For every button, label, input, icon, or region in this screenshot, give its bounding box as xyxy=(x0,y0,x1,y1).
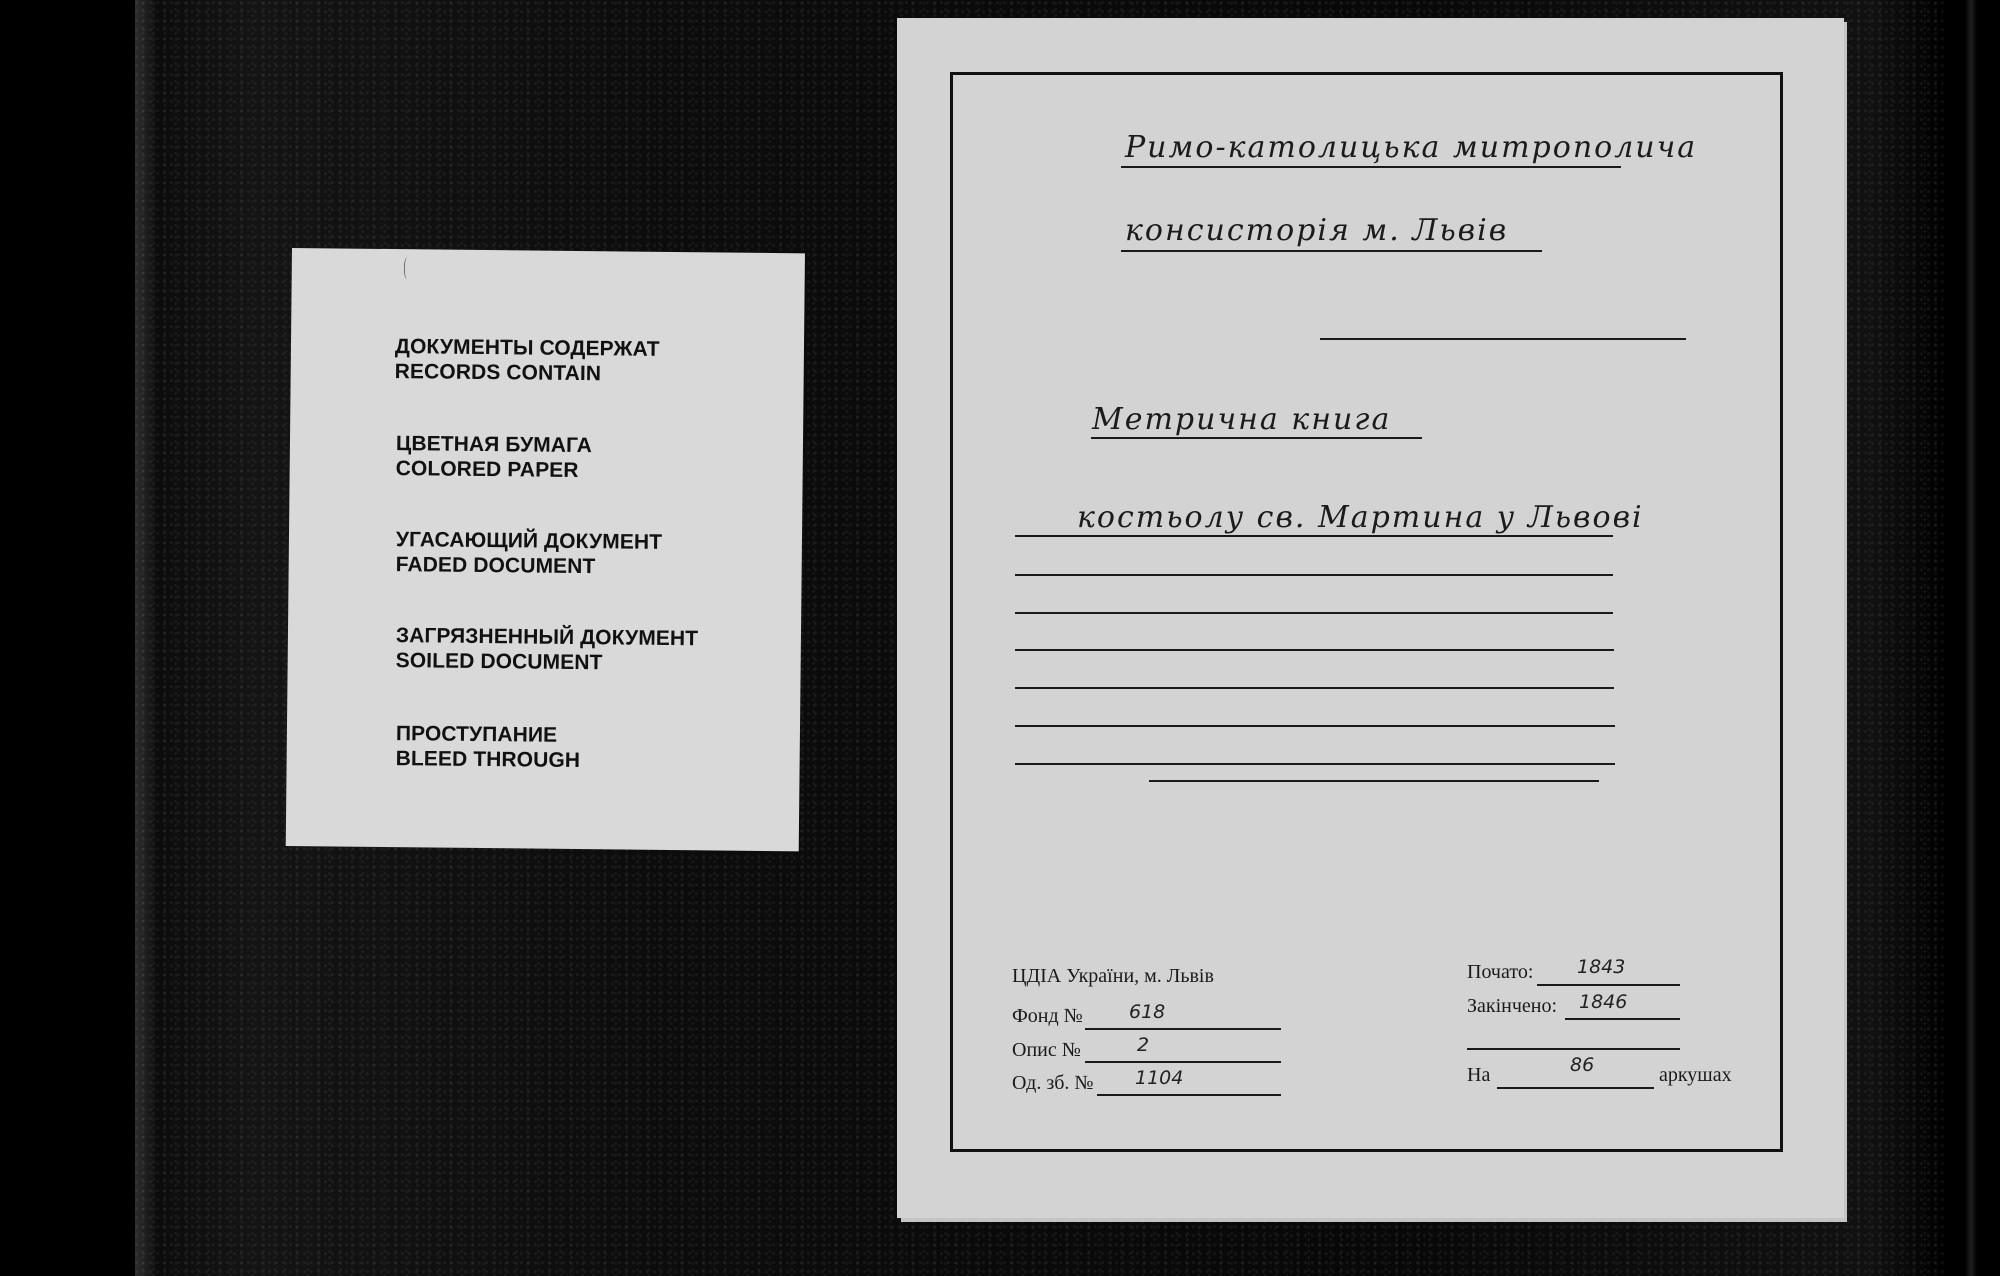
institution-line-1: Римо-католицька митрополича xyxy=(1125,130,1697,165)
label-ru: ЗАГРЯЗНЕННЫЙ ДОКУМЕНТ xyxy=(396,623,698,651)
finished-value: 1846 xyxy=(1579,991,1627,1013)
started-value: 1843 xyxy=(1577,956,1625,978)
blank-rule xyxy=(1015,612,1613,614)
label-ru: УГАСАЮЩИЙ ДОКУМЕНТ xyxy=(396,527,662,555)
rule xyxy=(1121,250,1542,252)
sheets-prefix: На xyxy=(1467,1064,1490,1087)
archive-name: ЦДІА України, м. Львів xyxy=(1012,965,1214,988)
opys-rule xyxy=(1085,1061,1281,1063)
book-title: Метрична книга xyxy=(1092,402,1391,437)
binder-edge-right xyxy=(1965,0,1977,1276)
blank-rule xyxy=(1015,687,1614,689)
label-ru: ЦВЕТНАЯ БУМАГА xyxy=(396,431,592,458)
blank-rule xyxy=(1015,725,1615,727)
blank-rule xyxy=(1015,763,1615,765)
label-en: FADED DOCUMENT xyxy=(396,552,662,580)
label-faded-document: УГАСАЮЩИЙ ДОКУМЕНТ FADED DOCUMENT xyxy=(396,527,663,580)
folder-cover: Римо-католицька митрополича консисторія … xyxy=(897,18,1844,1218)
label-ru: ПРОСТУПАНИЕ xyxy=(396,721,581,748)
condition-label-card: ДОКУМЕНТЫ СОДЕРЖАТ RECORDS CONTAIN ЦВЕТН… xyxy=(286,248,805,851)
file-value: 1104 xyxy=(1135,1067,1183,1089)
fond-value: 618 xyxy=(1129,1001,1165,1023)
finished-rule xyxy=(1565,1018,1680,1020)
file-label: Од. зб. № xyxy=(1012,1072,1094,1095)
short-rule xyxy=(1149,780,1599,782)
institution-line-2: консисторія м. Львів xyxy=(1125,213,1508,248)
label-bleed-through: ПРОСТУПАНИЕ BLEED THROUGH xyxy=(396,721,581,773)
rule xyxy=(1015,535,1613,537)
sheets-rule xyxy=(1497,1087,1654,1089)
label-en: COLORED PAPER xyxy=(396,456,592,483)
sheets-suffix: аркушах xyxy=(1659,1064,1732,1087)
separator-rule xyxy=(1320,338,1686,340)
label-ru: ДОКУМЕНТЫ СОДЕРЖАТ xyxy=(395,334,660,362)
label-colored-paper: ЦВЕТНАЯ БУМАГА COLORED PAPER xyxy=(396,431,593,483)
rule xyxy=(1091,437,1422,439)
church-name: костьолу св. Мартина у Львові xyxy=(1077,500,1644,535)
label-en: SOILED DOCUMENT xyxy=(396,648,698,676)
blank-rule xyxy=(1015,649,1614,651)
sheets-value: 86 xyxy=(1570,1054,1594,1076)
label-en: RECORDS CONTAIN xyxy=(395,359,660,387)
started-rule xyxy=(1537,984,1680,986)
binder-edge-left xyxy=(135,0,155,1276)
label-records-contain: ДОКУМЕНТЫ СОДЕРЖАТ RECORDS CONTAIN xyxy=(395,334,660,387)
opys-value: 2 xyxy=(1137,1034,1149,1056)
blank-rule xyxy=(1015,574,1613,576)
pencil-mark xyxy=(404,257,411,279)
label-en: BLEED THROUGH xyxy=(396,746,581,773)
started-label: Почато: xyxy=(1467,961,1533,984)
fond-label: Фонд № xyxy=(1012,1005,1083,1028)
rule xyxy=(1121,166,1621,168)
file-rule xyxy=(1097,1094,1281,1096)
fond-rule xyxy=(1085,1028,1281,1030)
finished-label: Закінчено: xyxy=(1467,995,1557,1018)
blank-rule xyxy=(1467,1048,1680,1050)
opys-label: Опис № xyxy=(1012,1039,1081,1062)
label-soiled-document: ЗАГРЯЗНЕННЫЙ ДОКУМЕНТ SOILED DOCUMENT xyxy=(396,623,699,676)
